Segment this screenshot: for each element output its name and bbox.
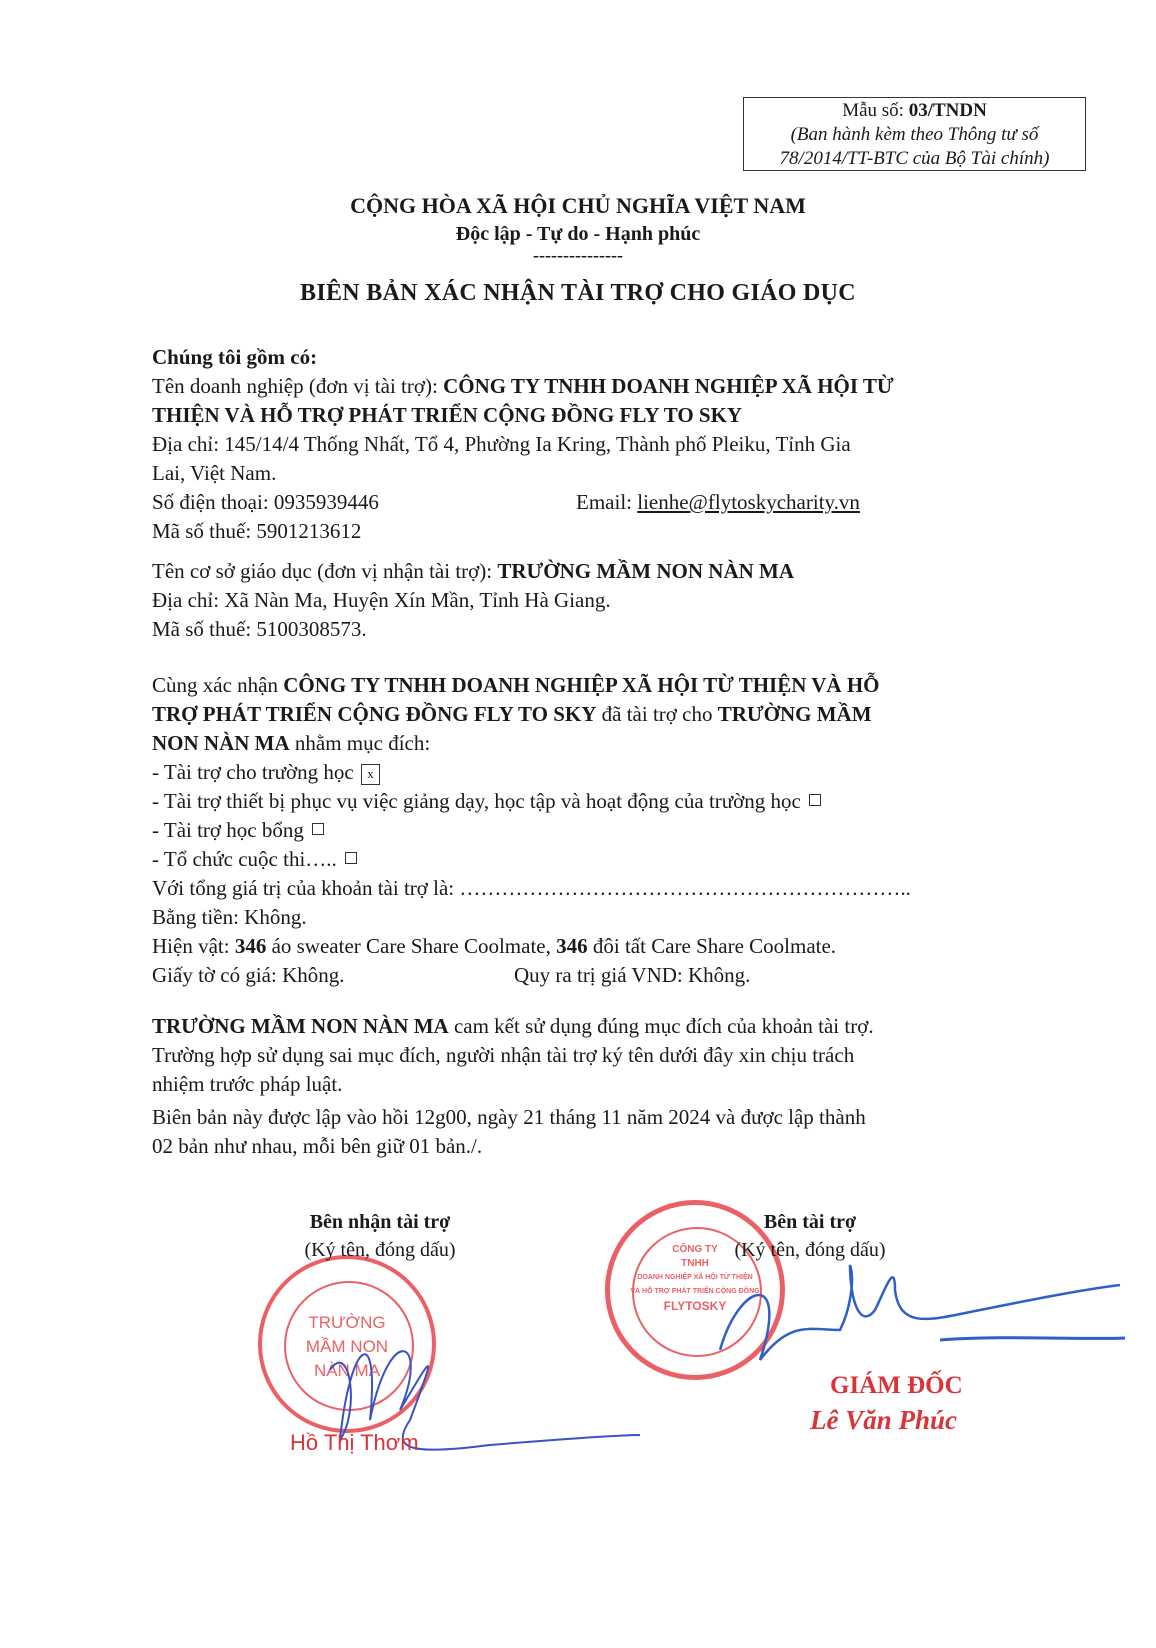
in-kind-item-1: áo sweater Care Share Coolmate, (266, 934, 556, 958)
sponsor-email-link[interactable]: lienhe@flytoskycharity.vn (637, 490, 860, 514)
purpose-label: - Tài trợ học bổng (152, 818, 304, 842)
sponsor-signature-scribble (700, 1260, 1130, 1380)
recipient-name-label: Tên cơ sở giáo dục (đơn vị nhận tài trợ)… (152, 559, 497, 583)
recipient-tax-id: Mã số thuế: 5100308573. (152, 615, 1032, 644)
document-title: BIÊN BẢN XÁC NHẬN TÀI TRỢ CHO GIÁO DỤC (0, 280, 1156, 307)
sponsor-phone: Số điện thoại: 0935939446 (152, 490, 379, 514)
confirm-recipient-2: NON NÀN MA (152, 731, 290, 755)
in-kind-item-2: đôi tất Care Share Coolmate. (588, 934, 836, 958)
recipient-address: Địa chỉ: Xã Nàn Ma, Huyện Xín Mần, Tỉnh … (152, 586, 1032, 615)
closing-line-1: Biên bản này được lập vào hồi 12g00, ngà… (152, 1103, 1032, 1132)
form-label: Mẫu số: (842, 100, 909, 121)
form-number-box: Mẫu số: 03/TNDN (Ban hành kèm theo Thông… (743, 97, 1086, 171)
commitment-line-2: Trường hợp sử dụng sai mục đích, người n… (152, 1041, 1032, 1070)
recipient-section: Tên cơ sở giáo dục (đơn vị nhận tài trợ)… (152, 557, 1032, 644)
confirm-sponsor-2: TRỢ PHÁT TRIỂN CỘNG ĐỒNG FLY TO SKY (152, 702, 596, 726)
confirmation-section: Cùng xác nhận CÔNG TY TNHH DOANH NGHIỆP … (152, 671, 1032, 990)
sponsor-address-1: Địa chỉ: 145/14/4 Thống Nhất, Tổ 4, Phườ… (152, 430, 1032, 459)
email-label: Email: (576, 490, 637, 514)
purpose-checkbox[interactable] (312, 823, 324, 835)
sponsor-signature-block: Bên tài trợ (Ký tên, đóng dấu) (660, 1208, 960, 1264)
purpose-label: - Tổ chức cuộc thi….. (152, 847, 337, 871)
vnd-value: Quy ra trị giá VND: Không. (514, 961, 750, 990)
sponsor-name-label: Tên doanh nghiệp (đơn vị tài trợ): (152, 374, 443, 398)
purpose-label: - Tài trợ cho trường học (152, 760, 354, 784)
country-heading: CỘNG HÒA XÃ HỘI CHỦ NGHĨA VIỆT NAM (0, 193, 1156, 219)
commitment-line-1: cam kết sử dụng đúng mục đích của khoản … (449, 1014, 874, 1038)
purpose-item: - Tổ chức cuộc thi….. (152, 845, 1032, 874)
purpose-checkbox[interactable] (345, 852, 357, 864)
confirm-middle: đã tài trợ cho (596, 702, 717, 726)
closing-line-2: 02 bản như nhau, mỗi bên giữ 01 bản./. (152, 1132, 1032, 1161)
issued-line-1: (Ban hành kèm theo Thông tư số (791, 124, 1039, 145)
closing-section: Biên bản này được lập vào hồi 12g00, ngà… (152, 1103, 1032, 1161)
intro-text: Chúng tôi gồm có: (152, 345, 317, 369)
motto: Độc lập - Tự do - Hạnh phúc (0, 223, 1156, 246)
issued-line-2: 78/2014/TT-BTC của Bộ Tài chính) (780, 148, 1050, 169)
sponsor-section: Chúng tôi gồm có: Tên doanh nghiệp (đơn … (152, 343, 1032, 546)
purpose-checkbox-checked[interactable]: x (361, 764, 380, 785)
sponsor-signer-name: Lê Văn Phúc (810, 1405, 957, 1436)
sponsor-tax-id: Mã số thuế: 5901213612 (152, 517, 1032, 546)
sponsor-address-2: Lai, Việt Nam. (152, 459, 1032, 488)
confirm-sponsor-1: CÔNG TY TNHH DOANH NGHIỆP XÃ HỘI TỪ THIỆ… (283, 673, 879, 697)
purpose-item: - Tài trợ học bổng (152, 816, 1032, 845)
cash-value: Bằng tiền: Không. (152, 903, 1032, 932)
purpose-item: - Tài trợ thiết bị phục vụ việc giảng dạ… (152, 787, 1032, 816)
recipient-name: TRƯỜNG MẦM NON NÀN MA (497, 559, 794, 583)
recipient-signer-name: Hồ Thị Thơm (290, 1430, 419, 1456)
purpose-checkbox[interactable] (809, 794, 821, 806)
sponsor-position: GIÁM ĐỐC (830, 1372, 963, 1400)
in-kind-label: Hiện vật: (152, 934, 235, 958)
total-value: Với tổng giá trị của khoản tài trợ là: …… (152, 874, 1032, 903)
confirm-prefix: Cùng xác nhận (152, 673, 283, 697)
recipient-sign-title: Bên nhận tài trợ (310, 1211, 451, 1233)
sponsor-name-1: CÔNG TY TNHH DOANH NGHIỆP XÃ HỘI TỪ (443, 374, 894, 398)
purpose-label: - Tài trợ thiết bị phục vụ việc giảng dạ… (152, 789, 801, 813)
confirm-recipient-1: TRƯỜNG MẦM (718, 702, 872, 726)
in-kind-qty-1: 346 (235, 934, 267, 958)
sponsor-name-2: THIỆN VÀ HỖ TRỢ PHÁT TRIỂN CỘNG ĐỒNG FLY… (152, 403, 742, 427)
header-divider: --------------- (0, 245, 1156, 266)
confirm-suffix: nhằm mục đích: (290, 731, 431, 755)
commitment-line-3: nhiệm trước pháp luật. (152, 1070, 1032, 1099)
in-kind-qty-2: 346 (556, 934, 588, 958)
commitment-section: TRƯỜNG MẦM NON NÀN MA cam kết sử dụng đú… (152, 1012, 1032, 1099)
commitment-school: TRƯỜNG MẦM NON NÀN MA (152, 1014, 449, 1038)
sponsor-sign-title: Bên tài trợ (764, 1211, 856, 1233)
purpose-item: - Tài trợ cho trường học x (152, 758, 1032, 787)
securities-value: Giấy tờ có giá: Không. (152, 963, 345, 987)
form-code: 03/TNDN (909, 100, 987, 121)
recipient-signature-block: Bên nhận tài trợ (Ký tên, đóng dấu) (230, 1208, 530, 1264)
recipient-sign-note: (Ký tên, đóng dấu) (230, 1236, 530, 1264)
